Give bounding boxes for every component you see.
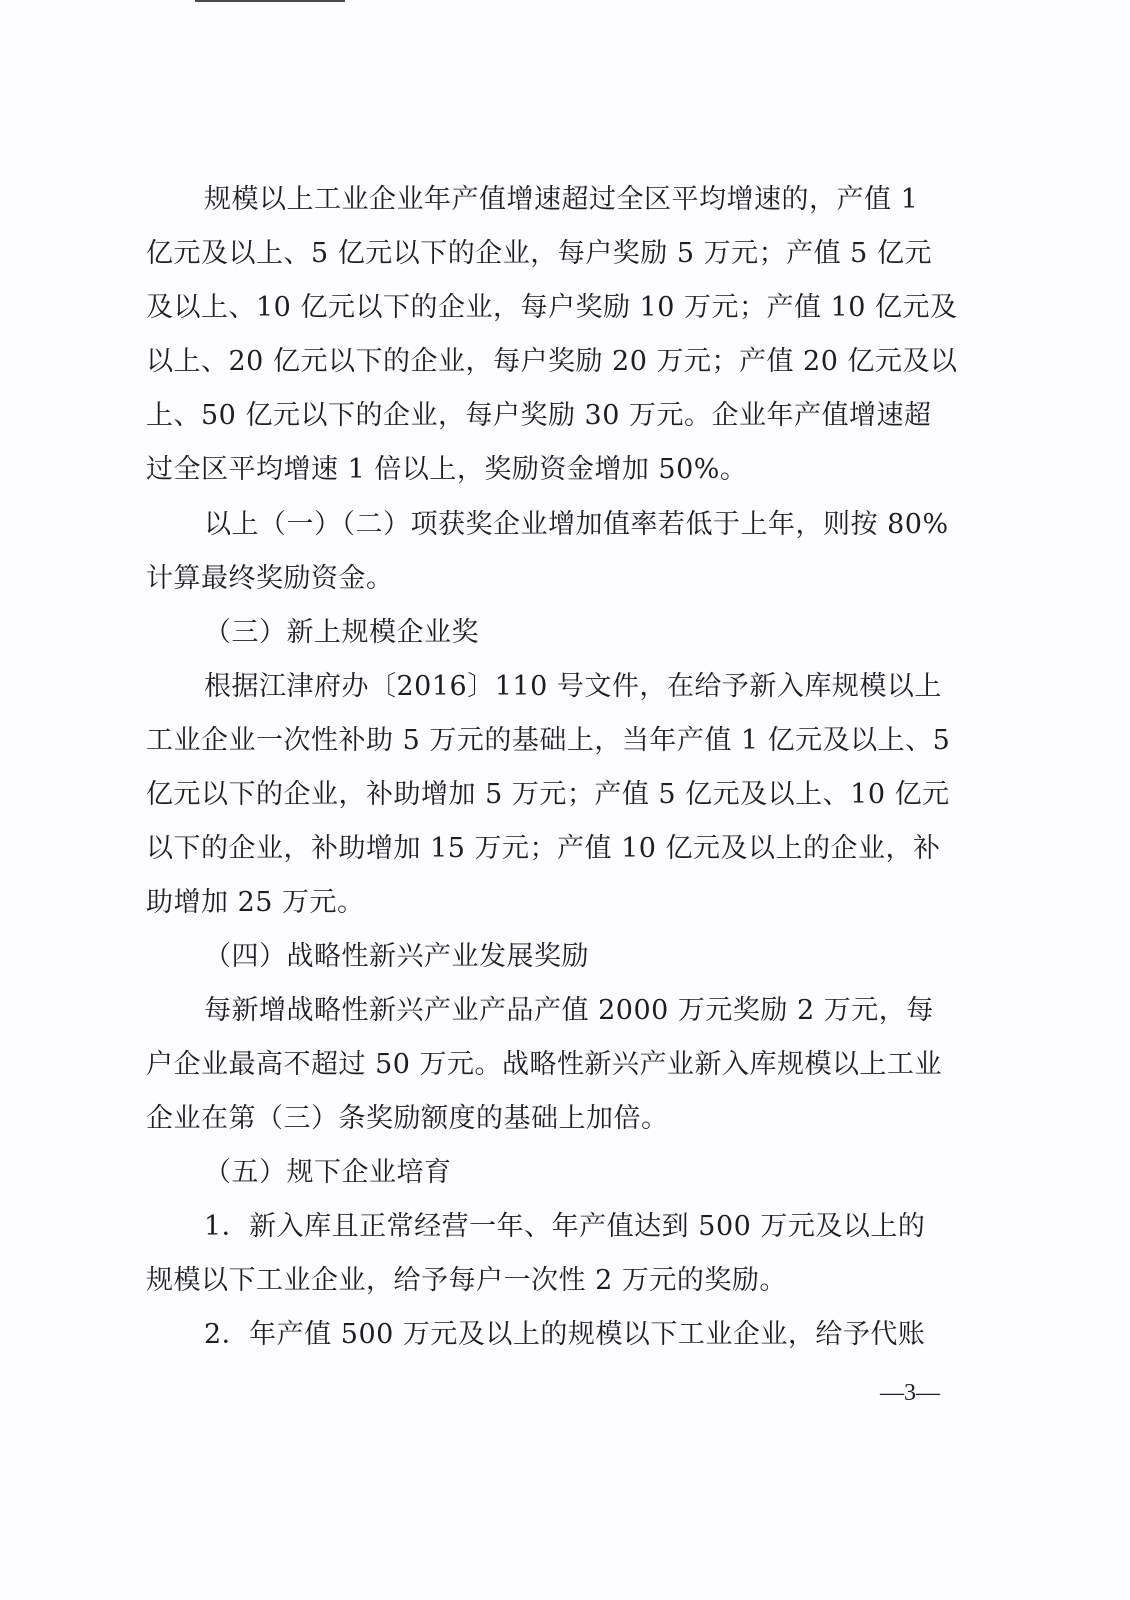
paragraph-line: 以下的企业，补助增加 15 万元；产值 10 亿元及以上的企业，补: [146, 832, 941, 866]
paragraph-line: 亿元以下的企业，补助增加 5 万元；产值 5 亿元及以上、10 亿元: [146, 778, 950, 812]
paragraph-line: 助增加 25 万元。: [146, 886, 365, 920]
section-heading-4: （四）战略性新兴产业发展奖励: [204, 940, 589, 974]
paragraph-line: 根据江津府办〔2016〕110 号文件，在给予新入库规模以上: [204, 670, 942, 704]
paragraph-line: 上、50 亿元以下的企业，每户奖励 30 万元。企业年产值增速超: [146, 399, 931, 433]
paragraph-line: 户企业最高不超过 50 万元。战略性新兴产业新入库规模以上工业: [146, 1048, 942, 1082]
paragraph-line: 工业企业一次性补助 5 万元的基础上，当年产值 1 亿元及以上、5: [146, 724, 950, 758]
paragraph-line: 每新增战略性新兴产业产品产值 2000 万元奖励 2 万元，每: [204, 994, 934, 1028]
list-item-2: 2．年产值 500 万元及以上的规模以下工业企业，给予代账: [204, 1318, 925, 1352]
section-heading-5: （五）规下企业培育: [204, 1156, 452, 1190]
section-heading-3: （三）新上规模企业奖: [204, 616, 479, 650]
paragraph-line: 以上、20 亿元以下的企业，每户奖励 20 万元；产值 20 亿元及以: [146, 345, 957, 379]
paragraph-line: 亿元及以上、5 亿元以下的企业，每户奖励 5 万元；产值 5 亿元: [146, 237, 932, 271]
paragraph-line: 企业在第（三）条奖励额度的基础上加倍。: [146, 1102, 669, 1136]
paragraph-line: 及以上、10 亿元以下的企业，每户奖励 10 万元；产值 10 亿元及: [146, 291, 957, 325]
paragraph-line: 规模以上工业企业年产值增速超过全区平均增速的，产值 1: [204, 183, 918, 217]
paragraph-line: 以上（一）（二）项获奖企业增加值率若低于上年，则按 80%: [204, 508, 949, 542]
list-item-1: 1．新入库且正常经营一年、年产值达到 500 万元及以上的: [204, 1210, 925, 1244]
scan-edge-artifact: [195, 0, 345, 2]
paragraph-line: 计算最终奖励资金。: [146, 562, 394, 596]
paragraph-line: 过全区平均增速 1 倍以上，奖励资金增加 50%。: [146, 453, 747, 487]
paragraph-line: 规模以下工业企业，给予每户一次性 2 万元的奖励。: [146, 1264, 787, 1298]
page-number: —3—: [880, 1380, 940, 1407]
